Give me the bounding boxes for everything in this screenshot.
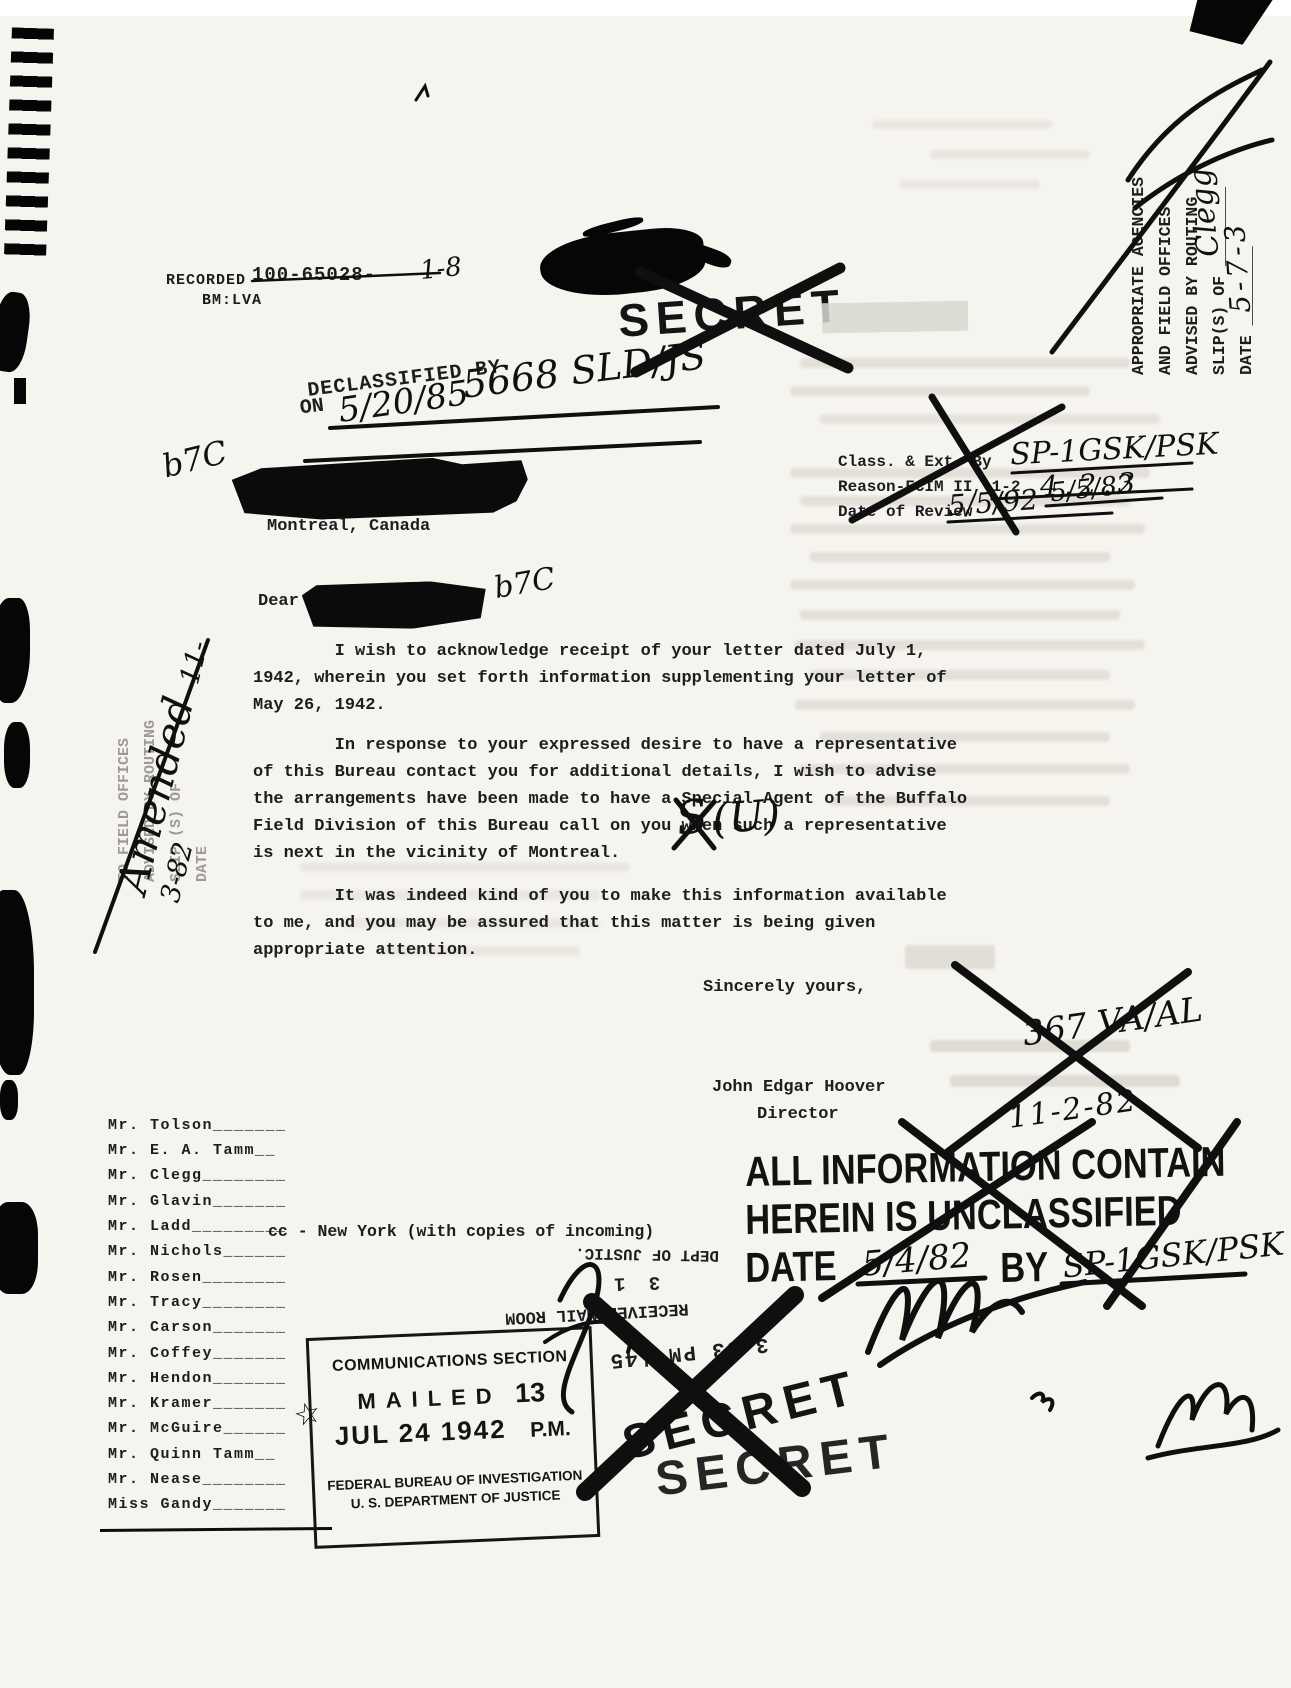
mailed-stamp-section: COMMUNICATIONS SECTION	[310, 1347, 591, 1377]
pen-scribble	[1032, 1394, 1052, 1410]
inverted-number-stamp: 3 1	[608, 1271, 661, 1295]
bleed-through-line	[800, 358, 1130, 368]
bleed-through-line	[930, 150, 1090, 159]
b7c-marking-salutation: b7C	[491, 561, 557, 606]
cc-line: cc - New York (with copies of incoming)	[268, 1222, 654, 1241]
declassified-on-label: ON	[299, 395, 326, 421]
salutation: Dear	[258, 592, 299, 611]
edge-blob	[14, 378, 26, 404]
bleed-through-line	[900, 180, 1040, 189]
classification-note-u: (U)	[710, 790, 781, 844]
distribution-list-item: Mr. Quinn Tamm__	[108, 1446, 276, 1463]
distribution-list-item: Mr. Nease________	[108, 1471, 287, 1488]
bleed-through-line	[820, 414, 1160, 424]
typist-initials: BM:LVA	[202, 292, 262, 309]
bleed-through-line	[790, 386, 1090, 396]
bleed-through-line	[790, 524, 1145, 534]
mailed-word: MAILED	[357, 1383, 502, 1414]
letter-paragraph-2: In response to your expressed desire to …	[253, 732, 1073, 867]
scan-top-edge	[0, 0, 1291, 16]
bleed-through-line	[950, 1075, 1180, 1087]
signer-name: John Edgar Hoover	[712, 1078, 885, 1097]
closing: Sincerely yours,	[703, 978, 866, 997]
binding-marks	[4, 27, 54, 256]
letter-paragraph-3: It was indeed kind of you to make this i…	[253, 883, 1073, 964]
distribution-list-item: Mr. Hendon_______	[108, 1370, 287, 1387]
distribution-list-item: Mr. Rosen________	[108, 1269, 287, 1286]
distribution-list-rule	[100, 1527, 332, 1532]
pen-scribble	[1158, 1385, 1253, 1446]
distribution-list-item: Mr. Glavin_______	[108, 1193, 287, 1210]
distribution-list-item: Mr. Ladd_________	[108, 1218, 287, 1235]
pen-scribble	[868, 1281, 1022, 1352]
scanned-document-page: RECORDED 100-65028- 1-8 BM:LVA SECRET DE…	[0, 0, 1291, 1688]
check-mark	[416, 86, 428, 100]
declassified-underline	[305, 442, 700, 461]
highlight-bar	[822, 301, 969, 334]
declassified-by-value-handwritten: 5668 SLD/JS	[460, 333, 708, 406]
class-ext-value-handwritten: SP-1GSK/PSK	[1009, 427, 1219, 473]
recorded-label: RECORDED	[166, 272, 246, 289]
unclassified-stamp-by-label: BY	[1000, 1243, 1049, 1292]
edge-blob	[4, 722, 30, 788]
unclassified-date-handwritten: 5/4/82	[860, 1235, 973, 1284]
distribution-list-item: Miss Gandy_______	[108, 1496, 287, 1513]
edge-blob	[0, 290, 33, 374]
redaction-bar-salutation	[302, 580, 487, 630]
distribution-list-item: Mr. Kramer_______	[108, 1395, 287, 1412]
routing-stamp-right: APPROPRIATE AGENCIES AND FIELD OFFICES A…	[1125, 135, 1275, 375]
b7c-marking-top: b7C	[158, 433, 231, 486]
file-number: 100-65028-	[252, 264, 376, 286]
edge-blob	[0, 1080, 18, 1120]
distribution-list-item: Mr. Nichols______	[108, 1243, 287, 1260]
distribution-list-item: Mr. Clegg________	[108, 1167, 287, 1184]
mailed-stamp-date-row: JUL 24 1942 P.M.	[312, 1410, 593, 1453]
edge-blob	[0, 1202, 38, 1294]
mailed-stamp-box: COMMUNICATIONS SECTION MAILED 13 JUL 24 …	[306, 1326, 601, 1549]
redaction-bar-address	[231, 454, 528, 522]
routing-line: APPROPRIATE AGENCIES	[1125, 135, 1152, 375]
bleed-through-line	[872, 120, 1052, 129]
edge-blob	[0, 598, 30, 703]
city-line: Montreal, Canada	[267, 517, 430, 536]
distribution-list-item: Mr. Tolson_______	[108, 1117, 287, 1134]
review-value-handwritten: 5/5/92	[947, 483, 1039, 522]
letter-paragraph-1: I wish to acknowledge receipt of your le…	[253, 638, 1073, 719]
file-number-suffix-handwritten: 1-8	[419, 252, 464, 286]
routing-line: AND FIELD OFFICES	[1152, 135, 1179, 375]
distribution-list-item: Mr. Tracy________	[108, 1294, 287, 1311]
bleed-through-line	[810, 552, 1110, 562]
pen-scribble	[880, 1282, 1085, 1365]
inverted-dept-stamp: DEPT OF JUSTIC.	[575, 1244, 719, 1265]
mailed-date: JUL 24 1942	[334, 1414, 507, 1451]
unclassified-stamp-date-label: DATE	[745, 1242, 837, 1292]
bleed-through-line	[800, 610, 1120, 620]
distribution-list-item: Mr. McGuire______	[108, 1420, 287, 1437]
pen-scribble	[1148, 1430, 1278, 1458]
edge-blob	[0, 890, 34, 1075]
mailed-number: 13	[515, 1377, 546, 1408]
distribution-list-item: Mr. Coffey_______	[108, 1345, 287, 1362]
distribution-list-item: Mr. Carson_______	[108, 1319, 287, 1336]
inverted-received-stamp: RECEIVED-MAIL ROOM	[505, 1298, 689, 1327]
routing-date-value-handwritten: 5-7-3	[1218, 220, 1257, 314]
mailed-meridiem: P.M.	[530, 1417, 571, 1442]
class-ext-label: Class. & Ext. By	[838, 453, 992, 471]
bleed-through-line	[790, 580, 1135, 590]
ref-date-handwritten: 11-2-82	[1006, 1083, 1139, 1136]
distribution-list-item: Mr. E. A. Tamm__	[108, 1142, 276, 1159]
inverted-time-stamp: 3 03 PM '45	[607, 1332, 769, 1372]
signer-title: Director	[757, 1105, 839, 1124]
